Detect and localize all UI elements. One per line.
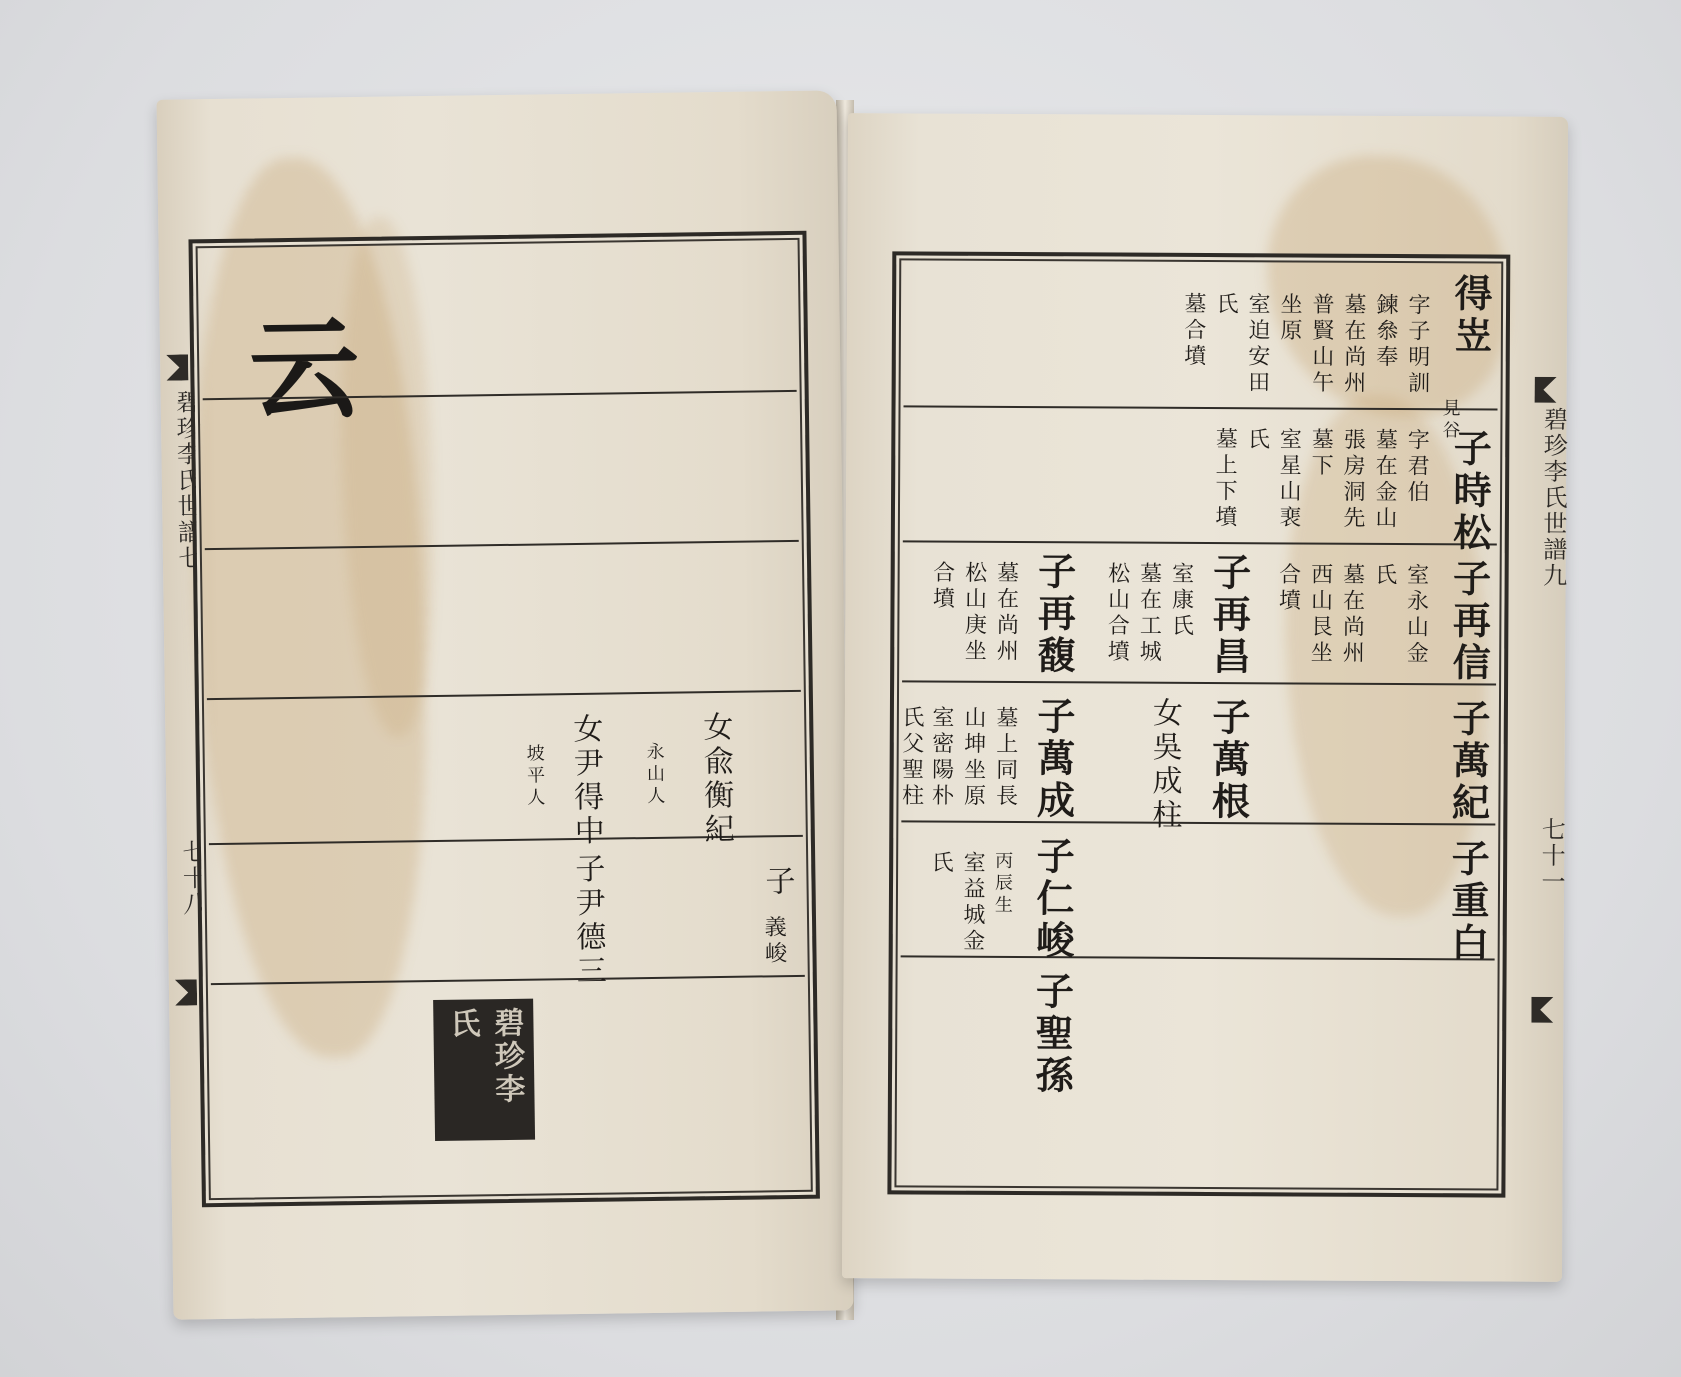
- person-name: 子重白: [1448, 838, 1487, 964]
- entry-note: 坡平人: [525, 743, 544, 809]
- person-name: 子萬紀: [1448, 698, 1487, 824]
- record-text: 墓合墳: [1182, 292, 1204, 370]
- row-divider: [902, 680, 1496, 685]
- record-text: 山坤坐原: [961, 706, 984, 810]
- record-text: 鍊叅奉: [1374, 293, 1396, 371]
- record-text: 女吳成柱: [1148, 697, 1179, 833]
- right-page-border: 得岦 見谷 字子明訓 鍊叅奉 墓在尚州 普賢山午 坐原 室迫安田 氏 墓合墳 子…: [887, 251, 1510, 1197]
- record-text: 室永山金: [1404, 563, 1427, 667]
- fish-tail-mark-icon: [175, 979, 197, 1005]
- fish-tail-mark-icon: [166, 354, 188, 380]
- row-divider: [205, 540, 799, 550]
- row-divider: [207, 690, 801, 700]
- record-text: 墓上下墳: [1213, 427, 1236, 531]
- row-divider: [901, 820, 1495, 825]
- record-text: 墓在尚州: [994, 561, 1017, 665]
- entry-text: 子: [761, 865, 791, 899]
- record-text: 氏: [1373, 563, 1395, 589]
- person-name: 子再馥: [1034, 551, 1073, 677]
- heading-glyph: 云: [248, 281, 360, 441]
- right-page: 碧珍李氏世譜九 七十一 得岦 見谷 字子明訓 鍊叅奉 墓在尚州 普賢山午 坐原 …: [842, 113, 1568, 1282]
- person-name: 子再信: [1449, 558, 1488, 684]
- row-divider: [211, 975, 805, 985]
- record-text: 墓在尚州: [1340, 563, 1363, 667]
- fish-tail-mark-icon: [1535, 377, 1557, 403]
- record-text: 氏: [929, 851, 951, 877]
- person-name: 子萬成: [1033, 696, 1072, 822]
- record-text: 室迫安田: [1246, 292, 1269, 396]
- record-text: 氏父聖柱: [899, 705, 922, 809]
- record-text: 丙辰生: [993, 851, 1011, 917]
- record-text: 張房洞先: [1341, 428, 1364, 532]
- record-text: 室益城金: [961, 851, 984, 955]
- record-text: 墓在尚州: [1342, 293, 1365, 397]
- record-text: 墓在工城: [1137, 562, 1160, 666]
- record-text: 墓在金山: [1373, 428, 1396, 532]
- left-page: 碧珍李氏世譜七 七十八 云 女兪衡紀 永山人 女尹得中 坡平人 子尹德三 子 義…: [157, 90, 854, 1319]
- record-text: 松山庚坐: [962, 561, 985, 665]
- margin-title: 碧珍李氏世譜九: [1536, 407, 1572, 589]
- record-text: 室星山裵: [1277, 427, 1300, 531]
- person-name: 子再昌: [1209, 552, 1248, 678]
- record-text: 字子明訓: [1406, 293, 1429, 397]
- row-divider: [901, 955, 1495, 960]
- record-text: 墓下: [1309, 428, 1331, 480]
- record-text: 墓上同長: [993, 706, 1016, 810]
- person-name: 子時松: [1450, 428, 1489, 554]
- fish-tail-mark-icon: [1531, 997, 1553, 1023]
- entry-text: 女尹得中: [569, 713, 601, 849]
- entry-note: 永山人: [645, 742, 664, 808]
- left-page-border: 云 女兪衡紀 永山人 女尹得中 坡平人 子尹德三 子 義峻 碧珍李氏: [188, 231, 819, 1208]
- record-text: 合墳: [1276, 562, 1298, 614]
- entry-text: 子尹德三: [571, 853, 603, 989]
- record-text: 坐原: [1278, 292, 1300, 344]
- record-text: 氏: [1245, 427, 1267, 453]
- record-text: 室康氏: [1169, 562, 1191, 640]
- entry-text: 女兪衡紀: [699, 711, 731, 847]
- record-text: 普賢山午: [1310, 293, 1333, 397]
- record-text: 松山合墳: [1105, 561, 1128, 665]
- record-text: 字君伯: [1405, 428, 1427, 506]
- person-name: 子聖孫: [1032, 971, 1071, 1097]
- record-text: 西山艮坐: [1308, 563, 1331, 667]
- record-text: 室密陽朴: [929, 706, 952, 810]
- person-name: 得岦: [1451, 273, 1489, 357]
- page-number: 七十一: [1534, 817, 1569, 895]
- entry-note: 義峻: [762, 915, 785, 967]
- person-name: 子仁峻: [1033, 836, 1072, 962]
- seal-stamp: 碧珍李氏: [433, 999, 535, 1141]
- row-divider: [903, 540, 1497, 545]
- row-divider: [904, 405, 1498, 410]
- person-name: 子萬根: [1208, 697, 1247, 823]
- record-text: 氏: [1214, 292, 1236, 318]
- record-text: 合墳: [930, 561, 952, 613]
